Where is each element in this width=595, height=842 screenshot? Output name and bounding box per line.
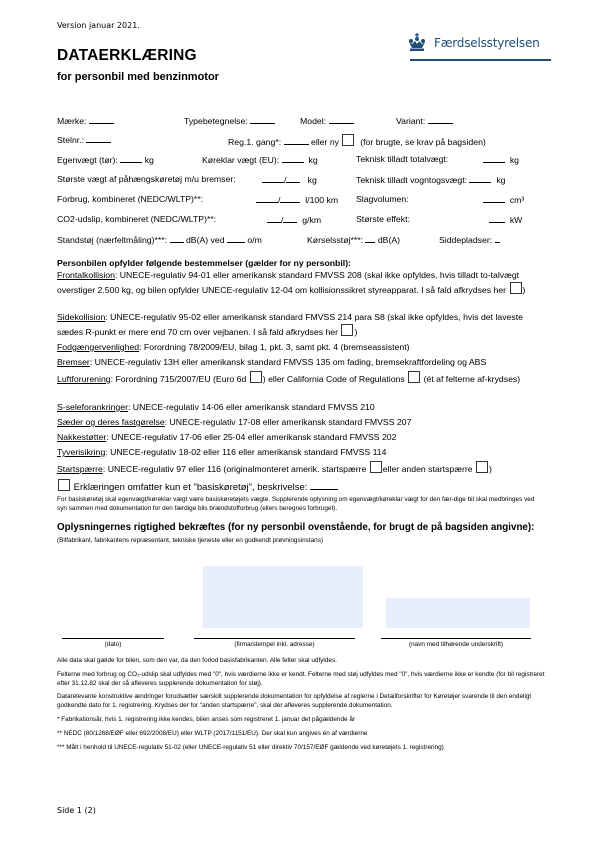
checkbox-frontal[interactable] [510, 282, 522, 294]
stamp-line [194, 638, 355, 639]
field-variant[interactable]: Variant: [396, 115, 453, 126]
input-stelnr[interactable] [86, 134, 111, 143]
label-standstoej: Standstøj (nærfeltmåling)***: [57, 235, 167, 245]
page-number: Side 1 (2) [57, 806, 96, 815]
stamp-field[interactable] [203, 566, 363, 628]
regulation-text: : Forordning 715/2007/EU (Euro 6d [111, 374, 247, 384]
agency-logo: Færdselsstyrelsen [407, 33, 540, 53]
input-model[interactable] [329, 115, 354, 124]
regulation-sidekollision: Sidekollision: UNECE-regulativ 95-02 ell… [57, 311, 547, 339]
label-koerselsstoej: Kørselsstøj***: [307, 235, 363, 245]
label-koereklar: Køreklar vægt (EU): [202, 155, 279, 165]
field-reg1[interactable]: Reg.1. gang*: eller ny (for brugte, se k… [228, 134, 486, 147]
unit-kg: kg [510, 155, 519, 165]
unit-kg: kg [308, 175, 317, 185]
checkbox-basiskoeretoej[interactable] [58, 479, 70, 491]
regulation-nakkestoetter: Nakkestøtter: UNECE-regulativ 17-06 elle… [57, 431, 547, 444]
date-label: (dato) [62, 641, 164, 648]
regulation-mid: ) eller California Code of Regulations [263, 374, 405, 384]
label-eller-ny: eller ny [311, 137, 339, 147]
label-typebetegnelse: Typebetegnelse: [184, 116, 248, 126]
field-siddepladser[interactable]: Siddepladser: [439, 234, 500, 245]
footnote-2: ** NEDC (80/1268/EØF eller 692/2008/EU) … [57, 730, 547, 739]
field-paahaeng-value[interactable]: / kg [262, 174, 317, 185]
stamp-label: (firma/stempel inkl. adresse) [194, 641, 355, 648]
field-total-value[interactable]: kg [483, 154, 519, 165]
checkbox-ny[interactable] [342, 134, 354, 146]
label-total: Teknisk tilladt totalvægt: [356, 154, 448, 164]
signature-line [381, 638, 531, 639]
regulation-tyverisikring: Tyverisikring: UNECE-regulativ 18-02 ell… [57, 446, 547, 459]
input-vogntog[interactable] [469, 174, 491, 183]
regulation-name: Fodgængervenlighed [57, 342, 139, 352]
checkbox-california[interactable] [408, 371, 420, 383]
basis-label: Erklæringen omfatter kun et "basiskøretø… [74, 482, 308, 493]
input-paahaeng-without[interactable] [286, 174, 300, 183]
field-stelnr[interactable]: Stelnr.: [57, 134, 111, 145]
field-co2[interactable]: CO2-udslip, kombineret (NEDC/WLTP)**: [57, 214, 216, 224]
regulation-text: : UNECE-regulativ 17-08 eller amerikansk… [165, 417, 412, 427]
footnote-3: *** Målt i henhold til UNECE-regulativ 5… [57, 744, 547, 753]
field-paahaeng[interactable]: Største vægt af påhængskøretøj m/u brems… [57, 174, 236, 184]
unit-cm3: cm³ [510, 195, 524, 205]
checkbox-side[interactable] [341, 324, 353, 336]
signature-label: (navn med tilhørende underskrift) [381, 641, 531, 648]
label-stelnr: Stelnr.: [57, 135, 84, 145]
checkbox-anden-startspaerre[interactable] [476, 461, 488, 473]
regulation-text: : UNECE-regulativ 18-02 eller 116 eller … [105, 447, 386, 457]
version-label: Version januar 2021. [57, 21, 140, 30]
label-dba-ved: dB(A) ved [186, 235, 225, 245]
regulation-name: Tyverisikring [57, 447, 105, 457]
regulation-tail: ) [489, 464, 492, 474]
regulations-title: Personbilen opfylder følgende bestemmels… [57, 258, 351, 268]
unit-kg: kg [145, 155, 154, 165]
field-standstoej[interactable]: Standstøj (nærfeltmåling)***: dB(A) ved … [57, 234, 262, 245]
regulation-startspaerre: Startspærre: UNECE-regulativ 97 eller 11… [57, 461, 547, 476]
field-forbrug-value[interactable]: / l/100 km [256, 194, 338, 205]
label-slagvolumen: Slagvolumen: [356, 194, 409, 204]
unit-gkm: g/km [302, 215, 321, 225]
regulation-luftforurening: Luftforurening: Forordning 715/2007/EU (… [57, 371, 547, 386]
input-basis-beskrivelse[interactable] [310, 481, 338, 490]
field-egenvaegt[interactable]: Egenvægt (tør): kg [57, 154, 154, 165]
field-slagvolumen-value[interactable]: cm³ [483, 194, 524, 205]
regulation-text: : UNECE-regulativ 95-02 eller amerikansk… [57, 312, 523, 337]
regulation-name: Frontalkollision [57, 270, 115, 280]
label-forbrug: Forbrug, kombineret (NEDC/WLTP)**: [57, 194, 203, 204]
input-maerke[interactable] [89, 115, 114, 124]
input-variant[interactable] [428, 115, 453, 124]
field-co2-value[interactable]: / g/km [267, 214, 321, 225]
regulation-saeder: Sæder og deres fastgørelse: UNECE-regula… [57, 416, 547, 429]
unit-l100km: l/100 km [305, 195, 338, 205]
regulation-text: : UNECE-regulativ 17-06 eller 25-04 elle… [106, 432, 396, 442]
field-typebetegnelse[interactable]: Typebetegnelse: [184, 115, 275, 126]
confirmation-subtitle: (Bilfabrikant, fabrikantens repræsentant… [57, 537, 323, 546]
label-co2: CO2-udslip, kombineret (NEDC/WLTP)**: [57, 214, 216, 224]
regulation-text: : UNECE-regulativ 13H eller amerikansk s… [90, 357, 486, 367]
label-reg1: Reg.1. gang*: [228, 137, 281, 147]
label-egenvaegt: Egenvægt (tør): [57, 155, 118, 165]
regulation-tail: ) [354, 327, 357, 337]
regulation-name: Luftforurening [57, 374, 111, 384]
label-maerke: Mærke: [57, 116, 86, 126]
note-2: Felterne med forbrug og CO₂-udslip skal … [57, 671, 547, 688]
note-3: Datarelevante konstruktive ændringer for… [57, 693, 547, 710]
input-koereklar[interactable] [282, 154, 304, 163]
regulation-text: : UNECE-regulativ 14-06 eller amerikansk… [128, 402, 375, 412]
regulation-name: Bremser [57, 357, 90, 367]
regulation-bremser: Bremser: UNECE-regulativ 13H eller ameri… [57, 356, 547, 369]
note-1: Alle data skal gælde for bilen, som den … [57, 657, 547, 666]
basis-note: For basiskøretøj skal egenvægt/køreklar … [57, 496, 542, 513]
logo-text: Færdselsstyrelsen [434, 36, 540, 50]
input-co2-wltp[interactable] [283, 214, 297, 223]
regulation-tail: (ét af felterne af-krydses) [424, 374, 521, 384]
regulation-name: Sidekollision [57, 312, 105, 322]
field-total[interactable]: Teknisk tilladt totalvægt: [356, 154, 448, 164]
regulation-frontalkollision: Frontalkollision: UNECE-regulativ 94-01 … [57, 269, 547, 297]
unit-dba: dB(A) [378, 235, 400, 245]
field-model[interactable]: Model: [300, 115, 354, 126]
label-brugte-note: (for brugte, se krav på bagsiden) [360, 137, 486, 147]
page-title: DATAERKLÆRING [57, 47, 197, 65]
input-co2-nedc[interactable] [267, 214, 281, 223]
regulation-seleforankringer: S-seleforankringer: UNECE-regulativ 14-0… [57, 401, 547, 414]
field-slagvolumen[interactable]: Slagvolumen: [356, 194, 409, 204]
regulation-text: : UNECE-regulativ 97 eller 116 (original… [103, 464, 366, 474]
label-paahaeng: Største vægt af påhængskøretøj m/u brems… [57, 174, 236, 184]
footnote-1: * Fabrikationsår, hvis 1. registrering i… [57, 716, 547, 725]
input-siddepladser[interactable] [495, 234, 500, 243]
field-maerke[interactable]: Mærke: [57, 115, 114, 126]
field-effekt-value[interactable]: kW [489, 214, 522, 225]
regulation-name: Sæder og deres fastgørelse [57, 417, 165, 427]
input-koerselsstoej[interactable] [365, 234, 375, 243]
regulation-tail: ) [523, 285, 526, 295]
input-total[interactable] [483, 154, 505, 163]
checkbox-euro6d[interactable] [250, 371, 262, 383]
unit-kg: kg [308, 155, 317, 165]
regulation-fodgaenger: Fodgængervenlighed: Forordning 78/2009/E… [57, 341, 547, 354]
regulation-name: Startspærre [57, 464, 103, 474]
input-reg1[interactable] [284, 136, 309, 145]
input-forbrug-nedc[interactable] [256, 194, 278, 203]
date-line [62, 638, 164, 639]
signature-field[interactable] [386, 598, 530, 628]
unit-om: o/m [247, 235, 261, 245]
unit-kw: kW [510, 215, 523, 225]
confirmation-title: Oplysningernes rigtighed bekræftes (for … [57, 522, 534, 533]
input-effekt[interactable] [489, 214, 505, 223]
label-effekt: Største effekt: [356, 214, 410, 224]
regulation-text: : Forordning 78/2009/EU, bilag 1, pkt. 3… [139, 342, 409, 352]
field-koereklar[interactable]: Køreklar vægt (EU): kg [202, 154, 318, 165]
label-siddepladser: Siddepladser: [439, 235, 492, 245]
input-forbrug-wltp[interactable] [280, 194, 300, 203]
regulation-text: : UNECE-regulativ 94-01 eller amerikansk… [57, 270, 519, 295]
basis-row[interactable]: Erklæringen omfatter kun et "basiskøretø… [57, 479, 338, 493]
regulation-name: S-seleforankringer [57, 402, 128, 412]
logo-underline [410, 59, 551, 61]
label-vogntog: Teknisk tilladt vogntogsvægt: [356, 175, 467, 185]
unit-kg: kg [496, 175, 505, 185]
page-subtitle: for personbil med benzinmotor [57, 71, 219, 83]
input-slagvolumen[interactable] [483, 194, 505, 203]
field-forbrug[interactable]: Forbrug, kombineret (NEDC/WLTP)**: [57, 194, 203, 204]
regulation-name: Nakkestøtter [57, 432, 106, 442]
crown-icon [407, 33, 427, 53]
input-standstoej[interactable] [170, 234, 184, 243]
input-egenvaegt[interactable] [120, 154, 142, 163]
regulation-mid: eller anden startspærre [383, 464, 473, 474]
input-typebetegnelse[interactable] [250, 115, 275, 124]
label-variant: Variant: [396, 116, 425, 126]
field-vogntog[interactable]: Teknisk tilladt vogntogsvægt: kg [356, 174, 506, 185]
field-effekt[interactable]: Største effekt: [356, 214, 410, 224]
label-model: Model: [300, 116, 326, 126]
input-paahaeng-with[interactable] [262, 174, 284, 183]
checkbox-amerik-startspaerre[interactable] [370, 461, 382, 473]
field-koerselsstoej[interactable]: Kørselsstøj***: dB(A) [307, 234, 400, 245]
input-omdrejninger[interactable] [227, 234, 245, 243]
